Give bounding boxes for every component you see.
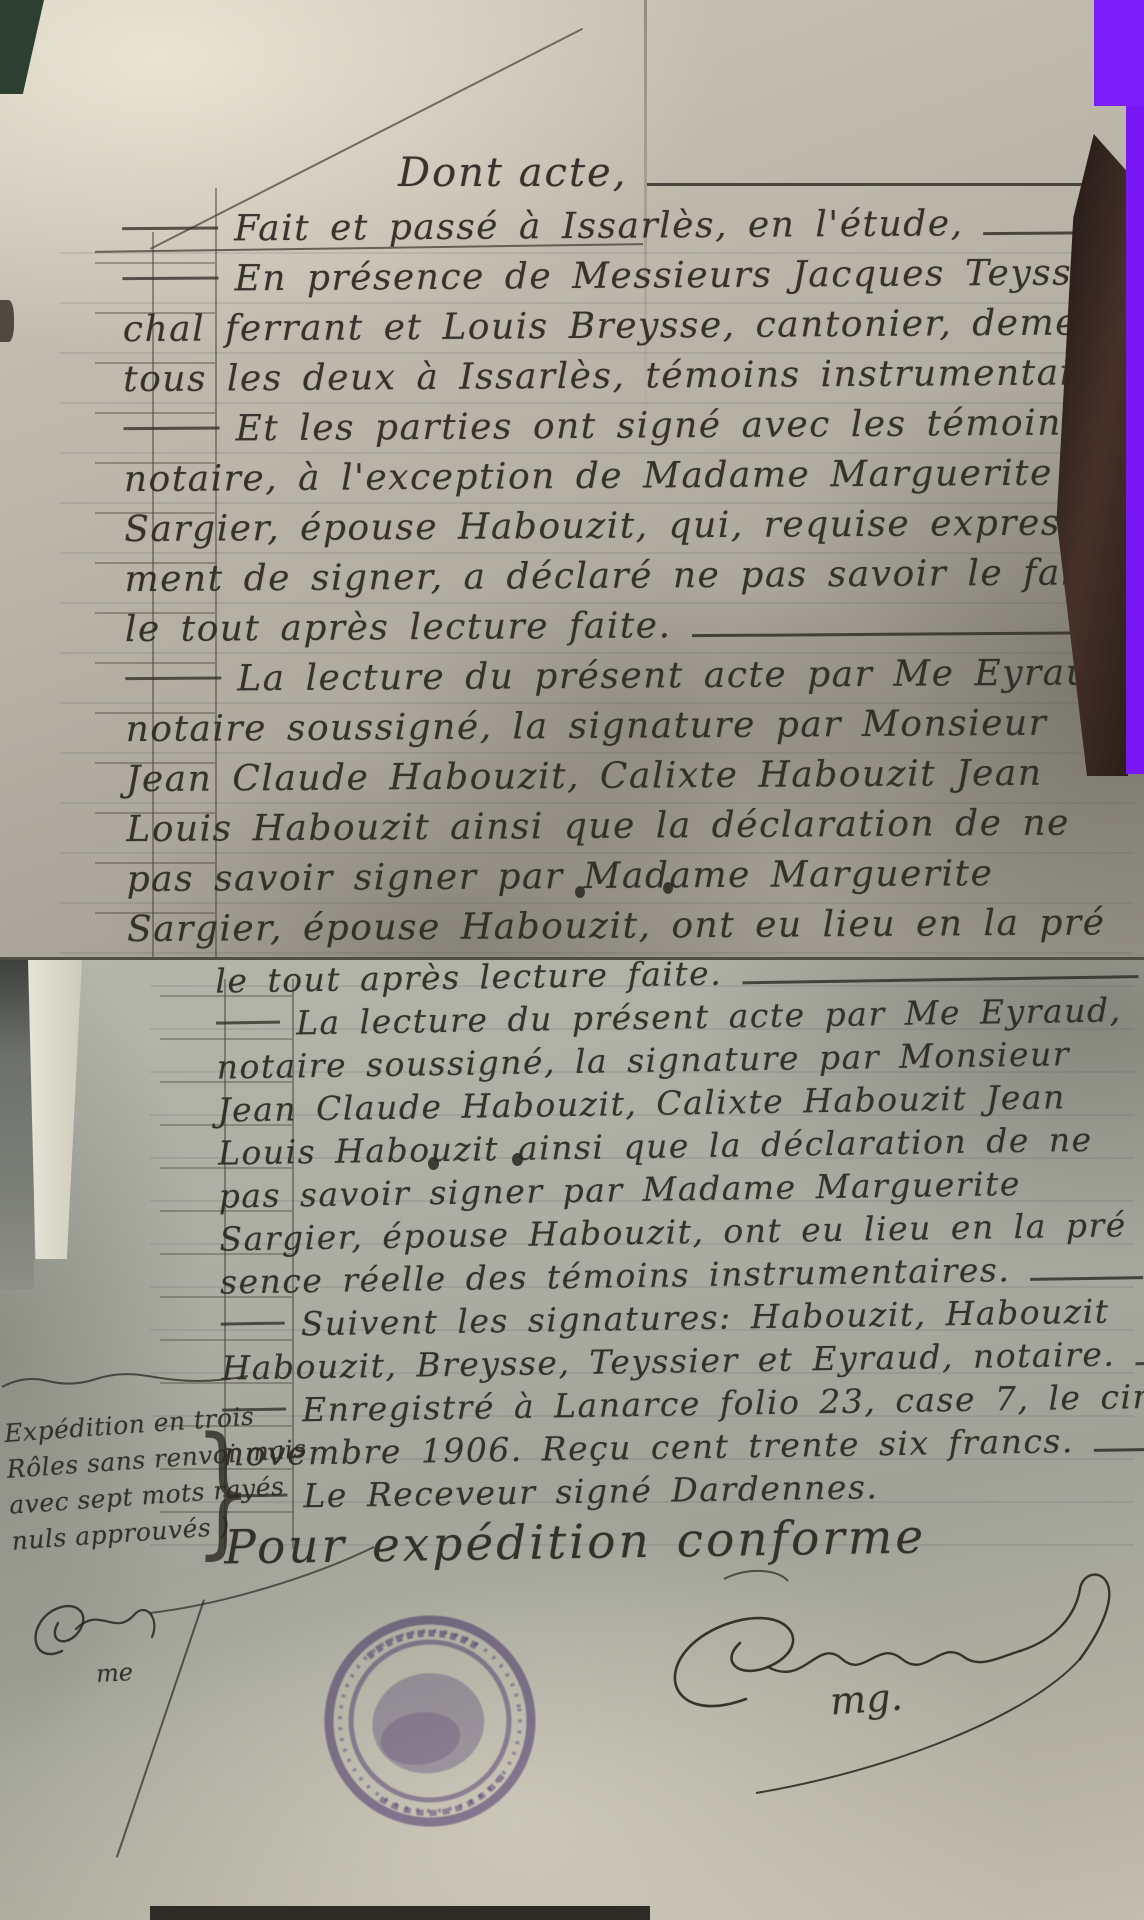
document-photo-collage: Dont acte, Fait et passé à Issarlès, en … xyxy=(0,0,1144,1920)
notary-stamp xyxy=(304,1595,557,1848)
text-line-content: Louis Habouzit ainsi que la déclaration … xyxy=(126,803,1070,851)
text-line: Sargier, épouse Habouzit, qui, requise e… xyxy=(124,502,1144,559)
photo-top: Dont acte, Fait et passé à Issarlès, en … xyxy=(0,0,1144,959)
paper-hole xyxy=(663,882,673,894)
ink-rule xyxy=(1030,1276,1143,1281)
paper-hole xyxy=(512,1153,523,1166)
flourish-stroke xyxy=(148,1543,378,1619)
page-top-lines: Fait et passé à Issarlès, en l'étude,En … xyxy=(0,202,1144,959)
text-line-content: Le Receveur signé Dardennes. xyxy=(303,1467,878,1515)
text-line: Et les parties ont signé avec les témoin… xyxy=(123,402,1144,459)
text-line-content: le tout après lecture faite. xyxy=(215,959,722,1001)
text-line: Fait et passé à Issarlès, en l'étude, xyxy=(122,202,1144,259)
violet-edge-bar xyxy=(1126,0,1144,774)
margin-paraph-note: me xyxy=(95,1658,133,1688)
text-line-content: ment de signer, a déclaré ne pas savoir … xyxy=(124,552,1128,600)
text-line: Jean Claude Habouzit, Calixte Habouzit J… xyxy=(126,752,1144,809)
text-line-content: pas savoir signer par Madame Marguerite xyxy=(127,853,994,900)
text-line: ment de signer, a déclaré ne pas savoir … xyxy=(124,552,1144,609)
text-line-content: chal ferrant et Louis Breysse, cantonier… xyxy=(123,302,1144,350)
text-line: le tout après lecture faite. xyxy=(125,602,1144,659)
table-shadow xyxy=(150,1906,650,1920)
text-line-content: Et les parties ont signé avec les témoin… xyxy=(235,402,1144,450)
text-line: Sargier, épouse Habouzit, ont eu lieu en… xyxy=(127,902,1144,959)
ink-rule xyxy=(1136,1362,1144,1365)
ink-rule xyxy=(1094,1448,1144,1452)
text-line-content: notaire soussigné, la signature par Mons… xyxy=(125,703,1047,750)
violet-edge-block xyxy=(1094,0,1144,106)
text-line: tous les deux à Issarlès, témoins instru… xyxy=(123,352,1144,409)
text-line: pas savoir signer par Madame Marguerite xyxy=(127,852,1144,909)
text-line: notaire, à l'exception de Madame Marguer… xyxy=(124,452,1144,509)
ink-rule xyxy=(742,975,1138,984)
text-line-content: Sargier, épouse Habouzit, qui, requise e… xyxy=(124,502,1104,550)
ink-rule xyxy=(647,183,1092,186)
text-line-content: le tout après lecture faite. xyxy=(125,605,672,650)
text-line: La lecture du présent acte par Me Eyraud… xyxy=(125,652,1144,709)
text-line: En présence de Messieurs Jacques Teyssie… xyxy=(122,252,1144,309)
signature-annotation: mg. xyxy=(829,1675,904,1724)
text-line-content: La lecture du présent acte par Me Eyraud… xyxy=(237,652,1128,699)
act-heading: Dont acte, xyxy=(398,150,1098,199)
text-line-content: En présence de Messieurs Jacques Teyssie… xyxy=(234,251,1144,299)
margin-wavy-line xyxy=(0,1367,250,1393)
act-heading-text: Dont acte, xyxy=(398,150,627,196)
text-line-content: tous les deux à Issarlès, témoins instru… xyxy=(123,352,1144,400)
text-line-content: notaire, à l'exception de Madame Marguer… xyxy=(124,453,1053,500)
text-line-content: Sargier, épouse Habouzit, ont eu lieu en… xyxy=(127,902,1106,950)
text-line: Louis Habouzit ainsi que la déclaration … xyxy=(126,802,1144,859)
text-line: notaire soussigné, la signature par Mons… xyxy=(125,702,1144,759)
text-line-content: Fait et passé à Issarlès, en l'étude, xyxy=(234,203,964,249)
background-foliage-corner xyxy=(0,0,44,94)
photo-bottom: le tout après lecture faite.La lecture d… xyxy=(0,959,1144,1920)
paper-hole xyxy=(428,1157,439,1170)
text-line: chal ferrant et Louis Breysse, cantonier… xyxy=(123,302,1144,359)
paper-hole xyxy=(575,886,585,898)
photo-seam xyxy=(0,957,1144,960)
text-line-content: Jean Claude Habouzit, Calixte Habouzit J… xyxy=(126,753,1043,800)
